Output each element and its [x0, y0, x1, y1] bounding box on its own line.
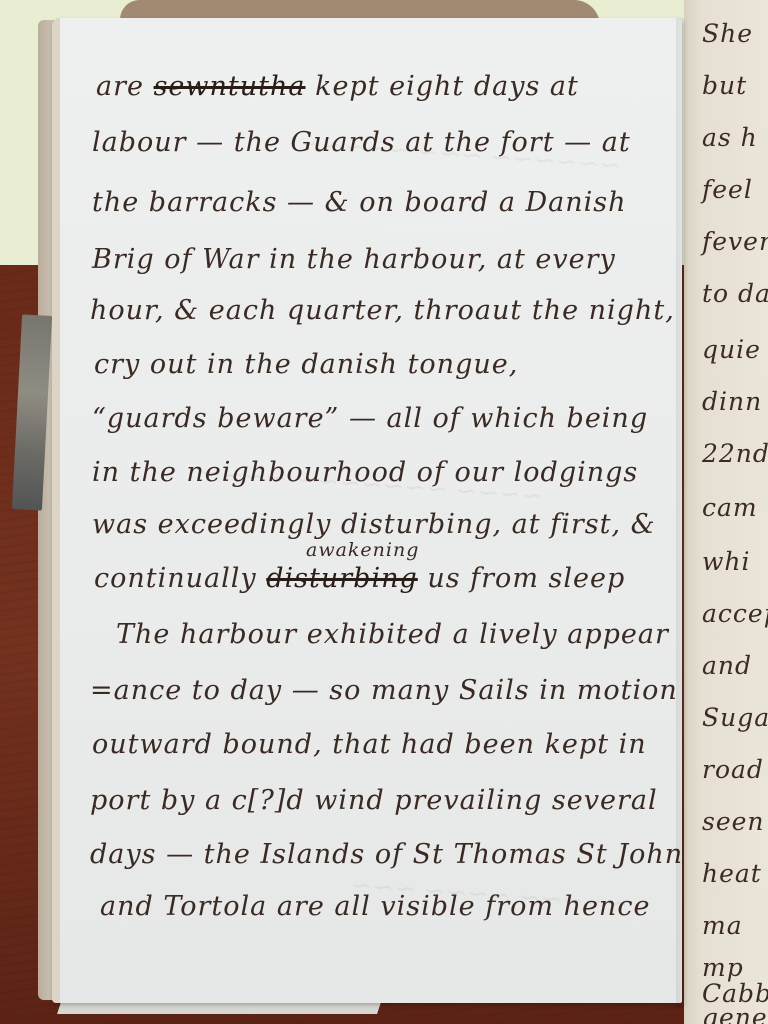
manuscript-line-14: port by a c[?]d wind prevailing several [90, 786, 658, 816]
facing-page-fragment: fever [702, 228, 768, 256]
manuscript-line-15: days — the Islands of St Thomas St John [90, 840, 683, 870]
facing-page-fragment: and [702, 652, 752, 680]
struck-out-word: sewntutha [154, 71, 306, 102]
manuscript-line-6: cry out in the danish tongue, [94, 350, 518, 380]
facing-page-fragment: road [702, 756, 764, 784]
manuscript-line-2: labour — the Guards at the fort — at [92, 128, 631, 158]
manuscript-line-8: in the neighbourhood of our lodgings [92, 458, 638, 488]
facing-page-fragment: dinn [702, 388, 762, 416]
manuscript-line-12: =ance to day — so many Sails in motion [90, 676, 678, 706]
struck-out-word: disturbing [266, 563, 418, 594]
facing-page-fragment: cam [702, 494, 758, 522]
interlinear-insertion: awakening [306, 540, 419, 560]
facing-page-fragment: as h [702, 124, 758, 152]
manuscript-line-1: are sewntutha kept eight days at [96, 72, 579, 102]
facing-page-fragment: heat [702, 860, 762, 888]
facing-page-fragment: accep [702, 600, 768, 628]
manuscript-line-7: “guards beware” — all of which being [92, 404, 648, 434]
facing-page-fragment: gene [702, 1004, 768, 1024]
facing-page-fragment: but [702, 72, 747, 100]
facing-page-fragment: seen [702, 808, 765, 836]
manuscript-line-3: the barracks — & on board a Danish [92, 188, 627, 218]
manuscript-line-16: and Tortola are all visible from hence [100, 892, 650, 922]
facing-page-fragment: Suga [702, 704, 768, 732]
facing-page-fragment: mp [702, 954, 744, 982]
manuscript-line-5: hour, & each quarter, throaut the night, [90, 296, 675, 326]
facing-page-fragment: ma [702, 912, 743, 940]
manuscript-line-13: outward bound, that had been kept in [92, 730, 647, 760]
manuscript-line-9: was exceedingly disturbing, at first, & [92, 510, 656, 540]
facing-page-fragment: to da [702, 280, 768, 308]
facing-page-fragment: feel [702, 176, 753, 204]
manuscript-line-10: continually disturbing us from sleep [94, 564, 625, 594]
facing-page-fragment: quie [702, 336, 761, 364]
manuscript-line-4: Brig of War in the harbour, at every [92, 245, 616, 275]
manuscript-line-11: The harbour exhibited a lively appear [116, 620, 669, 650]
facing-page-fragment: 22nd [702, 440, 768, 468]
facing-page-fragment: whi [702, 548, 751, 576]
facing-page-fragment: She [702, 20, 753, 48]
